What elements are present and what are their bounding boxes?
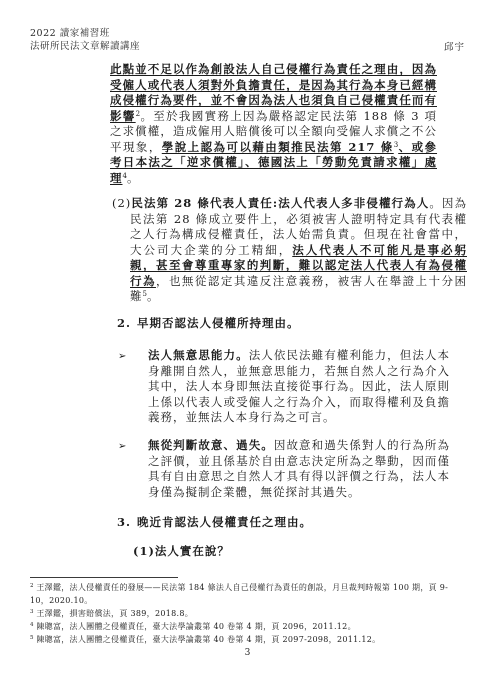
footnote: 3 王澤鑑，損害賠償法，頁 389，2018.8。 [30,608,467,621]
body-text: 。 [147,289,160,303]
footnote: 4 陳聰富，法人團體之侵權責任，臺大法學論叢第 40 卷第 4 期，頁 2096… [30,621,467,634]
author-name: 邱宇 [444,39,465,53]
bullet-item-no-fault-judgment: ➢ 無從判斷故意、過失。因故意和過失係對人的行為所為之評價，並且係基於自由意志決… [118,438,450,500]
footnote-separator [30,577,178,578]
section-title: 晚近肯認法人侵權責任之理由。 [137,515,312,531]
emphasis-text: 學說上認為可以藉由類推民法第 217 條 [162,140,394,154]
footnote-text: 陳聰富，法人團體之侵權責任，臺大法學論叢第 40 卷第 4 期，頁 2097-2… [36,635,380,644]
footnote: 2 王澤鑑，法人侵權責任的發展——民法第 184 條法人自己侵權行為責任的創設，… [30,582,467,608]
arrow-bullet-icon: ➢ [118,438,148,500]
list-item-marker: (2) [112,196,131,210]
page-header: 2022 讀家補習班 法研所民法文章解讀講座 邱宇 [30,27,465,53]
body-text: ，也無從認定其違反注意義務，被害人在舉證上十分困難 [130,274,467,304]
subsection-heading-1: (1)法人實在說？ [133,544,230,560]
section-heading-3: 3. 晚近肯認法人侵權責任之理由。 [117,515,447,531]
footnote-text: 王澤鑑，損害賠償法，頁 389，2018.8。 [36,609,193,618]
footnote-number: 2 [30,583,34,589]
document-page: 2022 讀家補習班 法研所民法文章解讀講座 邱宇 此點並不足以作為創設法人自己… [0,0,495,700]
footnote-text: 王澤鑑，法人侵權責任的發展——民法第 184 條法人自己侵權行為責任的創設，月旦… [30,583,448,605]
section-title: 早期否認法人侵權所持理由。 [137,316,300,332]
lead-text: 民法第 28 條代表人責任:法人代表人多非侵權行為人 [131,196,429,210]
bullet-item-no-will: ➢ 法人無意思能力。法人依民法雖有權利能力，但法人本身離開自然人，並無意思能力，… [118,348,450,426]
footnote-number: 3 [30,609,34,615]
bullet-text: 法人無意思能力。法人依民法雖有權利能力，但法人本身離開自然人，並無意思能力，若無… [148,348,450,426]
page-number: 3 [0,648,495,658]
footnote-number: 4 [30,622,34,628]
section-number: 2. [117,316,137,332]
body-text: 。 [127,171,140,185]
footnote: 5 陳聰富，法人團體之侵權責任，臺大法學論叢第 40 卷第 4 期，頁 2097… [30,634,467,647]
arrow-bullet-icon: ➢ [118,348,148,426]
course-subtitle: 法研所民法文章解讀講座 [30,40,465,53]
footnote-text: 陳聰富，法人團體之侵權責任，臺大法學論叢第 40 卷第 4 期，頁 2096，2… [36,622,356,631]
section-heading-2: 2. 早期否認法人侵權所持理由。 [117,316,447,332]
bullet-lead: 法人無意思能力。 [148,348,249,362]
bullet-lead: 無從判斷故意、過失。 [148,438,274,452]
paragraph-own-tort-liability: 此點並不足以作為創設法人自己侵權行為責任之理由，因為受僱人或代表人須對外負擔責任… [110,62,437,186]
section-number: 3. [117,515,137,531]
list-item-article28: (2)民法第 28 條代表人責任:法人代表人多非侵權行為人。因為民法第 28 條… [112,196,467,305]
course-year-title: 2022 讀家補習班 [30,27,465,40]
bullet-text: 無從判斷故意、過失。因故意和過失係對人的行為所為之評價，並且係基於自由意志決定所… [148,438,450,500]
footnote-number: 5 [30,635,34,641]
footnotes: 2 王澤鑑，法人侵權責任的發展——民法第 184 條法人自己侵權行為責任的創設，… [30,582,467,647]
